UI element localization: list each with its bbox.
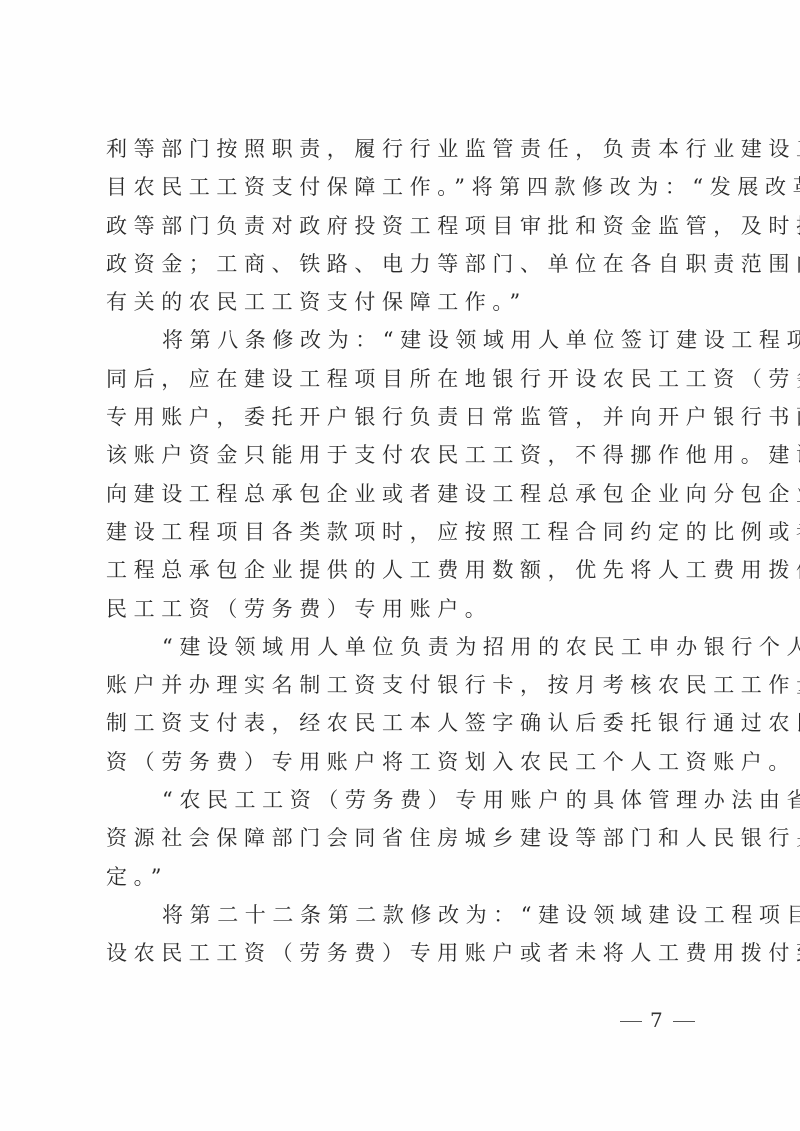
- text-line: 建设工程项目各类款项时，应按照工程合同约定的比例或者建设: [106, 513, 694, 551]
- text-line: 民工工资（劳务费）专用账户。: [106, 590, 694, 628]
- text-line: 利等部门按照职责，履行行业监管责任，负责本行业建设工程项: [106, 130, 694, 168]
- page-number: 7: [612, 1006, 703, 1034]
- document-body: 利等部门按照职责，履行行业监管责任，负责本行业建设工程项目农民工工资支付保障工作…: [106, 130, 694, 973]
- paragraph: 将第二十二条第二款修改为：“建设领域建设工程项目未开设农民工工资（劳务费）专用账…: [106, 896, 694, 973]
- text-line: 工程总承包企业提供的人工费用数额，优先将人工费用拨付到农: [106, 551, 694, 589]
- text-line: 政等部门负责对政府投资工程项目审批和资金监管，及时拨付财: [106, 207, 694, 245]
- text-line: 资源社会保障部门会同省住房城乡建设等部门和人民银行另行制: [106, 819, 694, 857]
- page-number-dash-right: [673, 1021, 695, 1022]
- text-line: 定。”: [106, 858, 694, 896]
- text-line: 有关的农民工工资支付保障工作。”: [106, 283, 694, 321]
- text-line: 政资金；工商、铁路、电力等部门、单位在各自职责范围内负责: [106, 245, 694, 283]
- paragraph: 将第八条修改为：“建设领域用人单位签订建设工程项目合同后，应在建设工程项目所在地…: [106, 321, 694, 627]
- text-line: 资（劳务费）专用账户将工资划入农民工个人工资账户。: [106, 743, 694, 781]
- page-number-value: 7: [650, 1008, 665, 1032]
- text-line: 向建设工程总承包企业或者建设工程总承包企业向分包企业拨付: [106, 475, 694, 513]
- text-line: 该账户资金只能用于支付农民工工资，不得挪作他用。建设单位: [106, 436, 694, 474]
- paragraph: “建设领域用人单位负责为招用的农民工申办银行个人工资账户并办理实名制工资支付银行…: [106, 628, 694, 781]
- page-number-dash-left: [620, 1021, 642, 1022]
- paragraph: “农民工工资（劳务费）专用账户的具体管理办法由省人力资源社会保障部门会同省住房城…: [106, 781, 694, 896]
- document-page: 利等部门按照职责，履行行业监管责任，负责本行业建设工程项目农民工工资支付保障工作…: [0, 0, 800, 1131]
- text-line: 专用账户，委托开户银行负责日常监管，并向开户银行书面承诺: [106, 398, 694, 436]
- text-line: 账户并办理实名制工资支付银行卡，按月考核农民工工作量并编: [106, 666, 694, 704]
- text-line: 制工资支付表，经农民工本人签字确认后委托银行通过农民工工: [106, 704, 694, 742]
- text-line: 设农民工工资（劳务费）专用账户或者未将人工费用拨付到农民: [106, 934, 694, 972]
- text-line: 将第二十二条第二款修改为：“建设领域建设工程项目未开: [106, 896, 694, 934]
- text-line: 目农民工工资支付保障工作。”将第四款修改为：“发展改革、财: [106, 168, 694, 206]
- paragraph: 利等部门按照职责，履行行业监管责任，负责本行业建设工程项目农民工工资支付保障工作…: [106, 130, 694, 321]
- text-line: “建设领域用人单位负责为招用的农民工申办银行个人工资: [106, 628, 694, 666]
- text-line: 同后，应在建设工程项目所在地银行开设农民工工资（劳务费）: [106, 360, 694, 398]
- text-line: 将第八条修改为：“建设领域用人单位签订建设工程项目合: [106, 321, 694, 359]
- text-line: “农民工工资（劳务费）专用账户的具体管理办法由省人力: [106, 781, 694, 819]
